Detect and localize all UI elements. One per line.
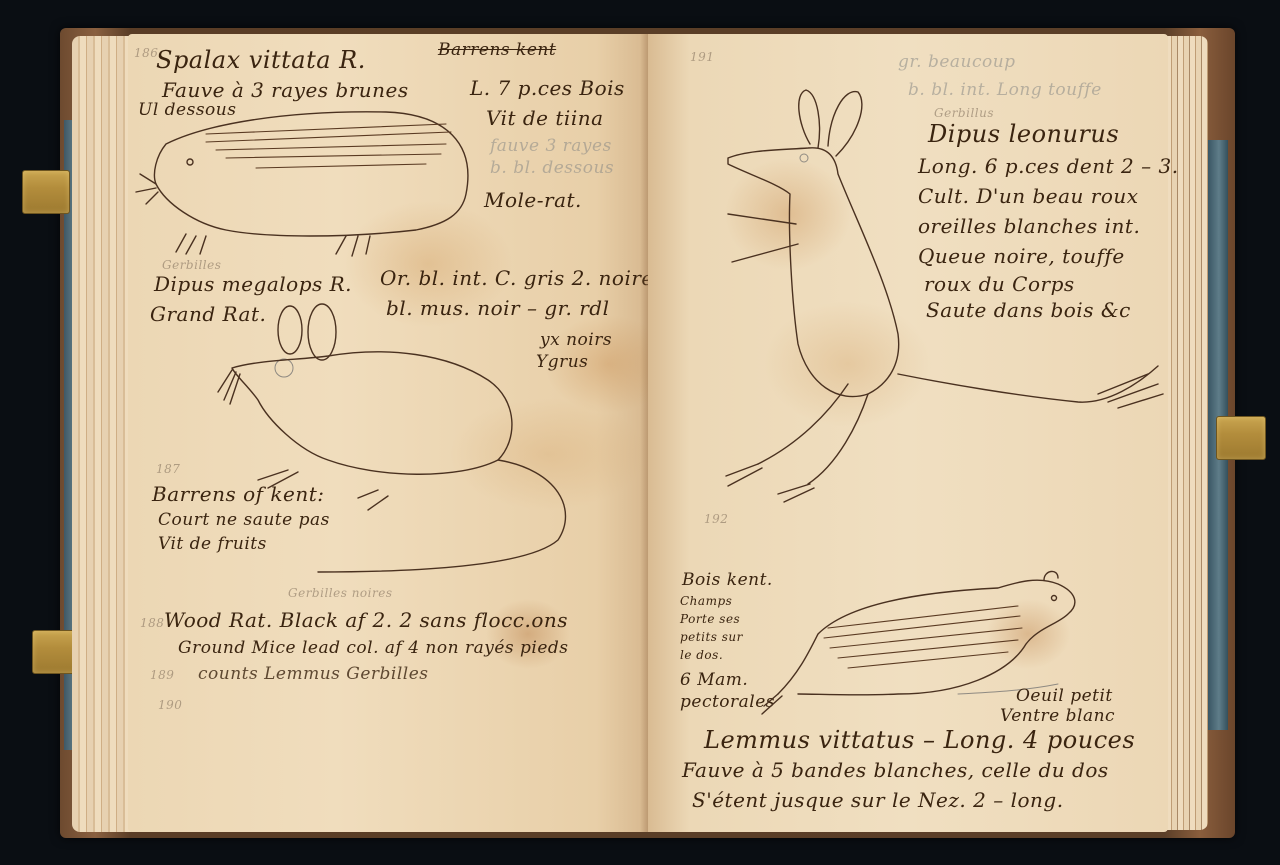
entry-number: 190 bbox=[158, 698, 182, 712]
entry-number: 188 bbox=[140, 616, 164, 630]
description-line: Ground Mice lead col. af 4 non rayés pie… bbox=[178, 638, 569, 658]
description-line: S'étent jusque sur le Nez. 2 – long. bbox=[692, 788, 1064, 812]
side-note: Oeuil petit bbox=[1016, 686, 1113, 706]
species-title: Lemmus vittatus – Long. 4 pouces bbox=[704, 726, 1135, 754]
species-title: Spalax vittata R. bbox=[156, 46, 366, 74]
note-top: Barrens kent bbox=[438, 40, 556, 60]
side-note: 6 Mam. bbox=[680, 670, 748, 690]
side-note: Ventre blanc bbox=[1000, 706, 1115, 726]
side-note: L. 7 p.ces Bois bbox=[470, 76, 625, 100]
jerboa-rat-drawing bbox=[218, 310, 598, 570]
entry-number: 187 bbox=[156, 462, 180, 476]
pencil-note: fauve 3 rayes bbox=[490, 136, 612, 156]
common-name: Mole-rat. bbox=[484, 188, 582, 212]
pencil-note: gr. beaucoup bbox=[898, 52, 1016, 72]
description-line: Court ne saute pas bbox=[158, 510, 330, 530]
species-title: Dipus megalops R. bbox=[154, 272, 352, 296]
description-line: Fauve à 5 bandes blanches, celle du dos bbox=[682, 758, 1109, 782]
side-note: Vit de tiina bbox=[486, 106, 604, 130]
side-note: Porte ses bbox=[680, 612, 740, 626]
entry-number: 192 bbox=[704, 512, 728, 526]
description-line: Vit de fruits bbox=[158, 534, 267, 554]
mole-rat-drawing bbox=[146, 104, 476, 254]
left-page: 186 Spalax vittata R. Barrens kent Fauve… bbox=[128, 34, 648, 832]
page-number: 186 bbox=[134, 46, 158, 60]
description-line: Fauve à 3 rayes brunes bbox=[162, 78, 409, 102]
entry-number: 189 bbox=[150, 668, 174, 682]
page-number: 191 bbox=[690, 50, 714, 64]
description-line: Wood Rat. Black af 2. 2 sans flocc.ons bbox=[164, 608, 568, 632]
side-note: petits sur bbox=[680, 630, 743, 644]
group-label: Gerbilles noires bbox=[288, 586, 392, 600]
brass-clasp-upper-left bbox=[22, 170, 70, 214]
description-line: counts Lemmus Gerbilles bbox=[198, 664, 429, 684]
jerboa-drawing bbox=[718, 84, 1168, 504]
group-label: Gerbilles bbox=[162, 258, 221, 272]
brass-clasp-right bbox=[1216, 416, 1266, 460]
side-note: Champs bbox=[680, 594, 732, 608]
pencil-note: b. bl. dessous bbox=[490, 158, 614, 178]
description-line: Barrens of kent: bbox=[152, 482, 325, 506]
side-note: le dos. bbox=[680, 648, 723, 662]
right-page: 191 gr. beaucoup b. bl. int. Long touffe… bbox=[648, 34, 1168, 832]
